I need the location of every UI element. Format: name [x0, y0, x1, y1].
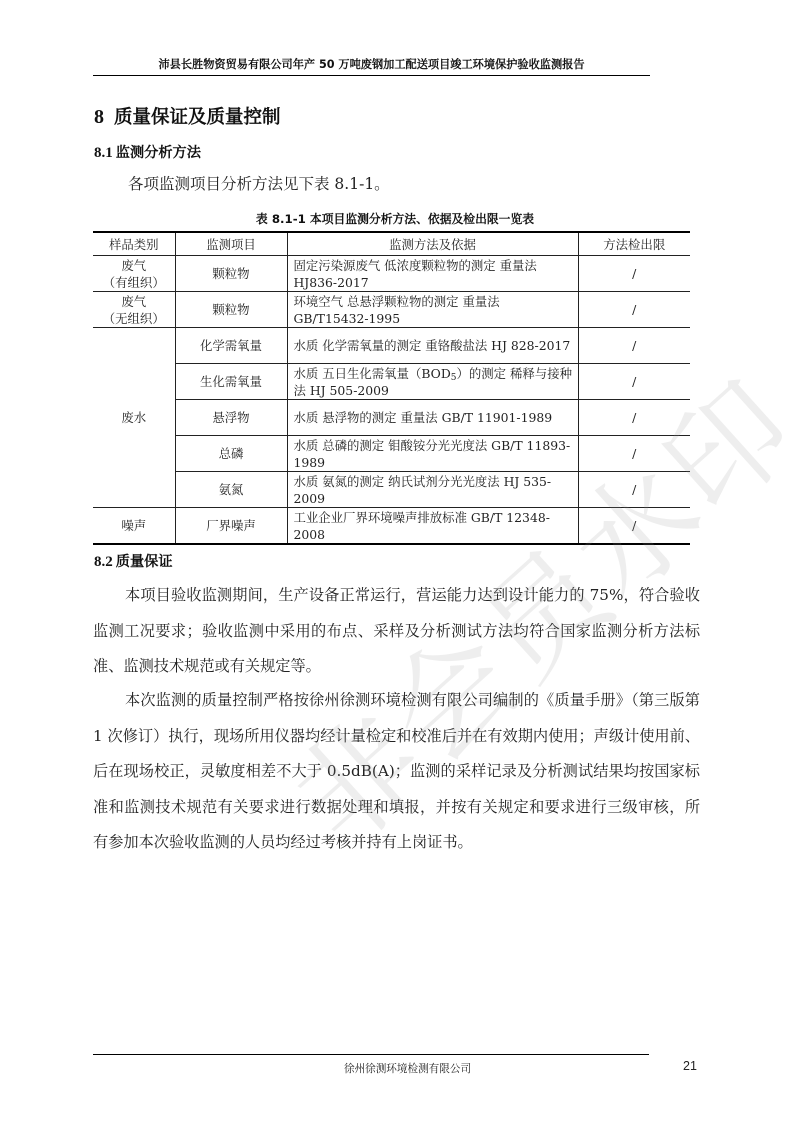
table-row: 废气 （有组织） 颗粒物 固定污染源废气 低浓度颗粒物的测定 重量法 HJ836… [93, 256, 690, 292]
subsection-heading-8-2: 8.2质量保证 [94, 551, 173, 571]
table-row: 废水 化学需氧量 水质 化学需氧量的测定 重铬酸盐法 HJ 828-2017 / [93, 328, 690, 364]
item-cell: 颗粒物 [175, 292, 287, 328]
item-cell: 总磷 [175, 436, 287, 472]
method-cell: 水质 五日生化需氧量（BOD5）的测定 稀释与接种法 HJ 505-2009 [287, 364, 578, 400]
body-paragraph: 本次监测的质量控制严格按徐州徐测环境检测有限公司编制的《质量手册》（第三版第 1… [93, 683, 700, 861]
page-number: 21 [683, 1059, 697, 1073]
table-row: 悬浮物 水质 悬浮物的测定 重量法 GB/T 11901-1989 / [93, 400, 690, 436]
limit-cell: / [578, 436, 690, 472]
footer-rule [93, 1054, 649, 1055]
section-number: 8 [94, 106, 104, 128]
table-row: 生化需氧量 水质 五日生化需氧量（BOD5）的测定 稀释与接种法 HJ 505-… [93, 364, 690, 400]
item-cell: 颗粒物 [175, 256, 287, 292]
subsection-number: 8.2 [94, 554, 113, 570]
limit-cell: / [578, 292, 690, 328]
limit-cell: / [578, 256, 690, 292]
header-rule [93, 75, 650, 76]
method-cell: 工业企业厂界环境噪声排放标准 GB/T 12348-2008 [287, 508, 578, 545]
column-header-limit: 方法检出限 [578, 232, 690, 256]
subsection-title: 质量保证 [116, 554, 173, 570]
subsection-heading-8-1: 8.1监测分析方法 [94, 142, 201, 162]
methods-table: 样品类别 监测项目 监测方法及依据 方法检出限 废气 （有组织） 颗粒物 固定污… [93, 231, 690, 545]
document-page: 沛县长胜物资贸易有限公司年产 50 万吨废钢加工配送项目竣工环境保护验收监测报告… [0, 0, 793, 1122]
table-row: 废气 （无组织） 颗粒物 环境空气 总悬浮颗粒物的测定 重量法 GB/T1543… [93, 292, 690, 328]
limit-cell: / [578, 400, 690, 436]
limit-cell: / [578, 508, 690, 545]
category-cell: 废水 [93, 328, 175, 508]
limit-cell: / [578, 472, 690, 508]
subsection-number: 8.1 [94, 145, 113, 161]
subsection-title: 监测分析方法 [116, 145, 201, 161]
table-row: 噪声 厂界噪声 工业企业厂界环境噪声排放标准 GB/T 12348-2008 / [93, 508, 690, 545]
table-row: 氨氮 水质 氨氮的测定 纳氏试剂分光光度法 HJ 535-2009 / [93, 472, 690, 508]
limit-cell: / [578, 328, 690, 364]
intro-text: 各项监测项目分析方法见下表 8.1-1。 [128, 172, 390, 194]
section-heading-8: 8质量保证及质量控制 [94, 103, 281, 129]
column-header-item: 监测项目 [175, 232, 287, 256]
method-cell: 环境空气 总悬浮颗粒物的测定 重量法 GB/T15432-1995 [287, 292, 578, 328]
item-cell: 氨氮 [175, 472, 287, 508]
limit-cell: / [578, 364, 690, 400]
method-cell: 固定污染源废气 低浓度颗粒物的测定 重量法 HJ836-2017 [287, 256, 578, 292]
method-cell: 水质 化学需氧量的测定 重铬酸盐法 HJ 828-2017 [287, 328, 578, 364]
running-header: 沛县长胜物资贸易有限公司年产 50 万吨废钢加工配送项目竣工环境保护验收监测报告 [95, 56, 648, 72]
item-cell: 化学需氧量 [175, 328, 287, 364]
category-cell: 废气 （有组织） [93, 256, 175, 292]
item-cell: 厂界噪声 [175, 508, 287, 545]
method-cell: 水质 总磷的测定 钼酸铵分光光度法 GB/T 11893-1989 [287, 436, 578, 472]
item-cell: 生化需氧量 [175, 364, 287, 400]
section-title: 质量保证及质量控制 [114, 107, 281, 128]
item-cell: 悬浮物 [175, 400, 287, 436]
table-row: 总磷 水质 总磷的测定 钼酸铵分光光度法 GB/T 11893-1989 / [93, 436, 690, 472]
column-header-category: 样品类别 [93, 232, 175, 256]
body-paragraph: 本项目验收监测期间，生产设备正常运行，营运能力达到设计能力的 75%，符合验收监… [93, 578, 700, 685]
table-header-row: 样品类别 监测项目 监测方法及依据 方法检出限 [93, 232, 690, 256]
footer-company: 徐州徐测环境检测有限公司 [93, 1061, 722, 1076]
category-cell: 废气 （无组织） [93, 292, 175, 328]
category-cell: 噪声 [93, 508, 175, 545]
method-cell: 水质 氨氮的测定 纳氏试剂分光光度法 HJ 535-2009 [287, 472, 578, 508]
column-header-method: 监测方法及依据 [287, 232, 578, 256]
table-caption: 表 8.1-1 本项目监测分析方法、依据及检出限一览表 [93, 210, 697, 227]
method-cell: 水质 悬浮物的测定 重量法 GB/T 11901-1989 [287, 400, 578, 436]
